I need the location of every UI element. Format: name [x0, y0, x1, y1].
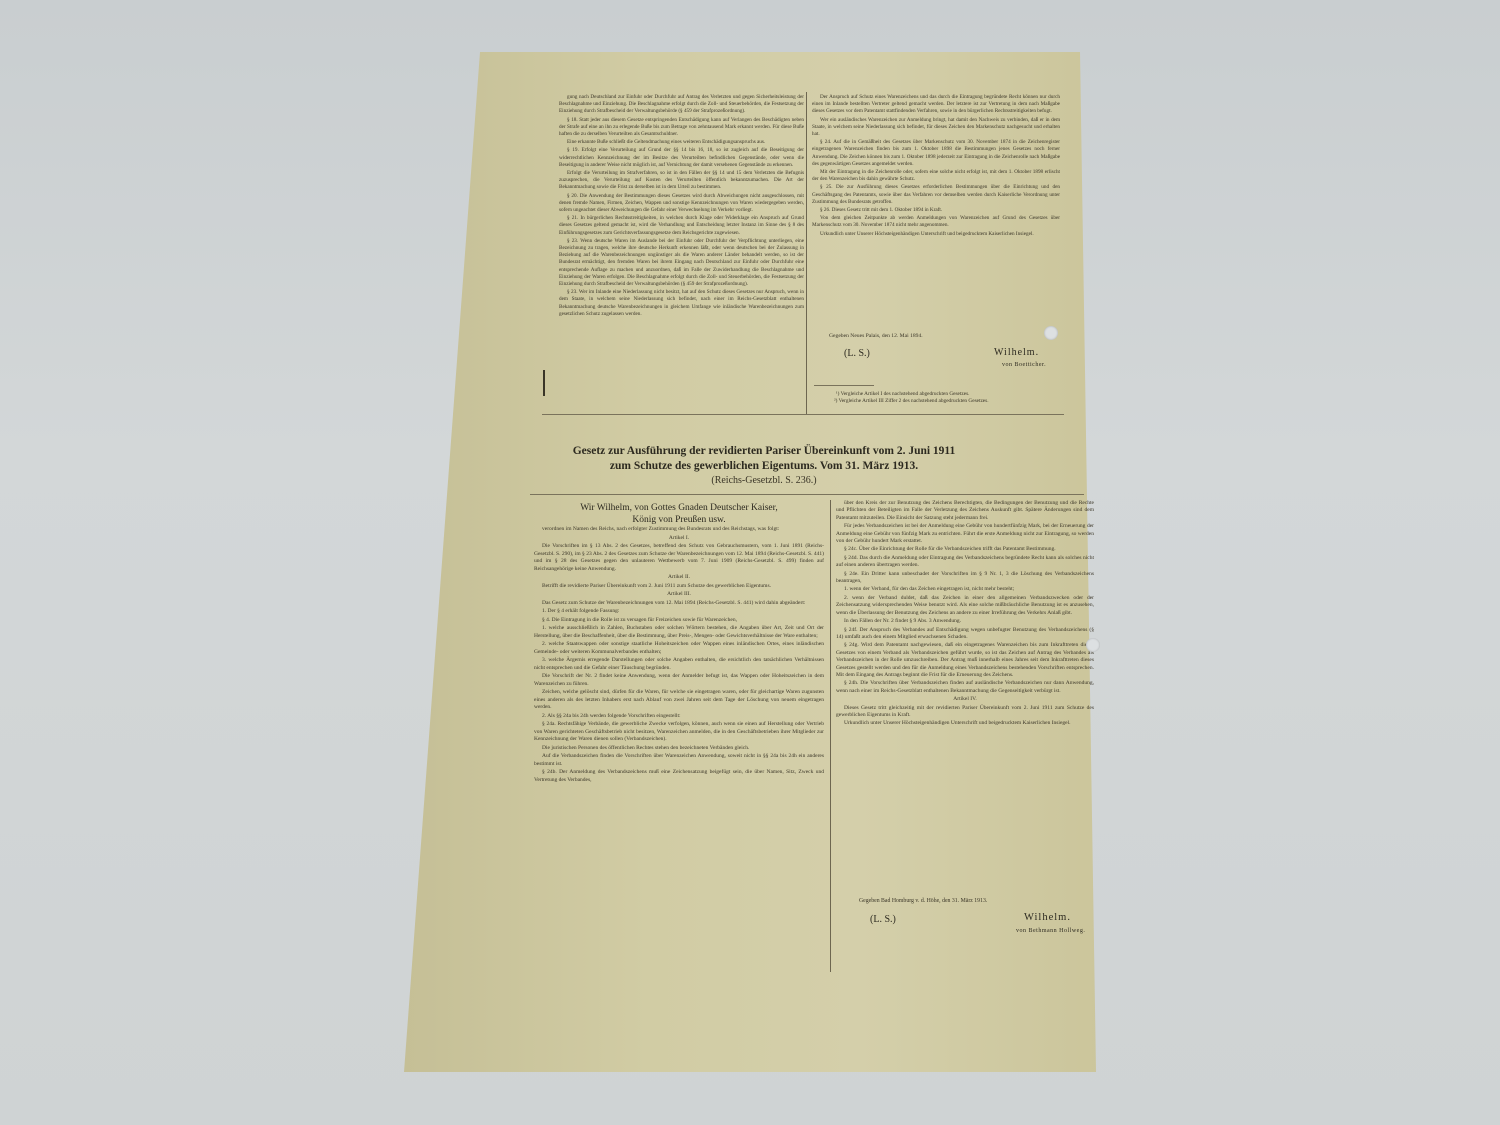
paragraph: Von dem gleichen Zeitpunkte ab werden An…: [812, 215, 1060, 229]
paragraph: § 25. Die zur Ausführung dieses Gesetzes…: [812, 184, 1060, 206]
paragraph: 3. welche Ärgernis erregende Darstellung…: [534, 657, 824, 672]
preamble-line-2: König von Preußen usw.: [544, 514, 814, 526]
paragraph: 1. welche ausschließlich in Zahlen, Buch…: [534, 625, 824, 640]
upper-countersignature: von Boetticher.: [1002, 362, 1046, 368]
footnote-rule: [814, 385, 874, 386]
paragraph: § 21. In bürgerlichen Rechtsstreitigkeit…: [559, 215, 804, 237]
paragraph: § 23. Wer im Inlande eine Niederlassung …: [559, 289, 804, 318]
paragraph: § 24e. Ein Dritter kann unbeschadet der …: [836, 571, 1094, 586]
upper-place-date: Gegeben Neues Palais, den 12. Mai 1894.: [829, 333, 923, 340]
upper-right-column: Der Anspruch auf Schutz eines Warenzeich…: [812, 94, 1060, 314]
paragraph: § 26. Dieses Gesetz tritt mit dem 1. Okt…: [812, 207, 1060, 214]
article-heading: Artikel I.: [534, 535, 824, 543]
paragraph: § 24h. Die Vorschriften über Verbandszei…: [836, 680, 1094, 695]
article-heading: Artikel IV.: [836, 696, 1094, 703]
punch-hole-lower: [1086, 638, 1100, 652]
punch-hole-upper: [1044, 326, 1058, 340]
upper-seal: (L. S.): [844, 348, 870, 359]
article-heading: Artikel III.: [534, 591, 824, 599]
paragraph: Erfolgt die Verurteilung im Strafverfahr…: [559, 170, 804, 192]
paragraph: Urkundlich unter Unserer Höchsteigenhänd…: [812, 231, 1060, 238]
upper-left-column: gung nach Deutschland zur Einfuhr oder D…: [559, 94, 804, 394]
paragraph: § 24. Auf die in Gemäßheit des Gesetzes …: [812, 139, 1060, 168]
paragraph: Der Anspruch auf Schutz eines Warenzeich…: [812, 94, 1060, 116]
paragraph: Zeichen, welche gelöscht sind, dürfen fü…: [534, 689, 824, 712]
paragraph: über den Kreis der zur Benutzung des Zei…: [836, 500, 1094, 522]
paragraph: 1. wenn der Verband, für den das Zeichen…: [836, 586, 1094, 593]
paragraph: 2. Als §§ 24a bis 24h werden folgende Vo…: [534, 713, 824, 721]
paragraph: § 20. Die Anwendung der Bestimmungen die…: [559, 193, 804, 215]
upper-column-divider: [806, 92, 807, 414]
paragraph: Auf die Verbandszeichen finden die Vorsc…: [534, 753, 824, 768]
lower-place-date: Gegeben Bad Homburg v. d. Höhe, den 31. …: [859, 898, 987, 905]
paragraph: Betrifft die revidierte Pariser Übereink…: [534, 583, 824, 591]
law-title: Gesetz zur Ausführung der revidierten Pa…: [554, 444, 974, 474]
lower-right-column: über den Kreis der zur Benutzung des Zei…: [836, 500, 1094, 890]
margin-mark: [543, 370, 545, 396]
lower-countersignature: von Bethmann Hollweg.: [1016, 928, 1085, 934]
paragraph: § 24c. Über die Einrichtung der Rolle fü…: [836, 546, 1094, 553]
paragraph: Die Vorschrift der Nr. 2 findet keine An…: [534, 673, 824, 688]
paragraph: § 23. Wenn deutsche Waren im Auslande be…: [559, 238, 804, 288]
paragraph: verordnen im Namen des Reichs, nach erfo…: [534, 526, 824, 534]
paragraph: § 24g. Wird dem Patentamt nachgewiesen, …: [836, 642, 1094, 679]
paragraph: Dieses Gesetz tritt gleichzeitig mit der…: [836, 705, 1094, 720]
section-divider: [542, 414, 1064, 415]
paragraph: Mit der Eintragung in die Zeichenrolle o…: [812, 169, 1060, 183]
paragraph: gung nach Deutschland zur Einfuhr oder D…: [559, 94, 804, 116]
lower-column-divider: [830, 500, 831, 972]
paragraph: Urkundlich unter Unserer Höchsteigenhänd…: [836, 720, 1094, 727]
lower-left-column: verordnen im Namen des Reichs, nach erfo…: [534, 526, 824, 966]
article-heading: Artikel II.: [534, 574, 824, 582]
paragraph: § 24f. Der Anspruch des Verbandes auf En…: [836, 627, 1094, 642]
upper-footnote-2: ²) Vergleiche Artikel III Ziffer 2 des n…: [834, 398, 989, 405]
document-page: gung nach Deutschland zur Einfuhr oder D…: [404, 52, 1104, 1072]
preamble-line-1: Wir Wilhelm, von Gottes Gnaden Deutscher…: [544, 502, 814, 514]
paragraph: Eine erkannte Buße schließt die Geltendm…: [559, 139, 804, 146]
paragraph: 2. wenn der Verband duldet, daß das Zeic…: [836, 595, 1094, 617]
paragraph: 2. welche Staatswappen oder sonstige sta…: [534, 641, 824, 656]
preamble: Wir Wilhelm, von Gottes Gnaden Deutscher…: [544, 502, 814, 526]
upper-footnote-1: ¹) Vergleiche Artikel I des nachstehend …: [836, 391, 969, 398]
paragraph: § 18. Statt jeder aus diesem Gesetze ent…: [559, 117, 804, 139]
law-title-line-1: Gesetz zur Ausführung der revidierten Pa…: [554, 444, 974, 459]
paragraph: § 24b. Der Anmeldung des Verbandszeichen…: [534, 769, 824, 784]
paragraph: Wer ein ausländisches Warenzeichen zur A…: [812, 117, 1060, 139]
paragraph: Das Gesetz zum Schutze der Warenbezeichn…: [534, 600, 824, 608]
upper-signature: Wilhelm.: [994, 347, 1039, 358]
law-citation: (Reichs-Gesetzbl. S. 236.): [654, 475, 874, 486]
lower-seal: (L. S.): [870, 914, 896, 925]
paragraph: Die Vorschriften im § 13 Abs. 2 des Gese…: [534, 543, 824, 573]
paragraph: In den Fällen der Nr. 2 findet § 9 Abs. …: [836, 618, 1094, 625]
paragraph: Die juristischen Personen des öffentlich…: [534, 745, 824, 753]
paragraph: § 24d. Das durch die Anmeldung oder Eint…: [836, 555, 1094, 570]
lower-signature: Wilhelm.: [1024, 912, 1071, 923]
law-title-line-2: zum Schutze des gewerblichen Eigentums. …: [554, 459, 974, 474]
paragraph: 1. Der § 4 erhält folgende Fassung:: [534, 608, 824, 616]
paragraph: § 24a. Rechtsfähige Verbände, die gewerb…: [534, 721, 824, 744]
paragraph: Für jedes Verbandszeichen ist bei der An…: [836, 523, 1094, 545]
paragraph: § 19. Erfolgt eine Verurteilung auf Grun…: [559, 147, 804, 169]
paragraph: § 4. Die Eintragung in die Rolle ist zu …: [534, 617, 824, 625]
title-divider: [530, 494, 1084, 495]
